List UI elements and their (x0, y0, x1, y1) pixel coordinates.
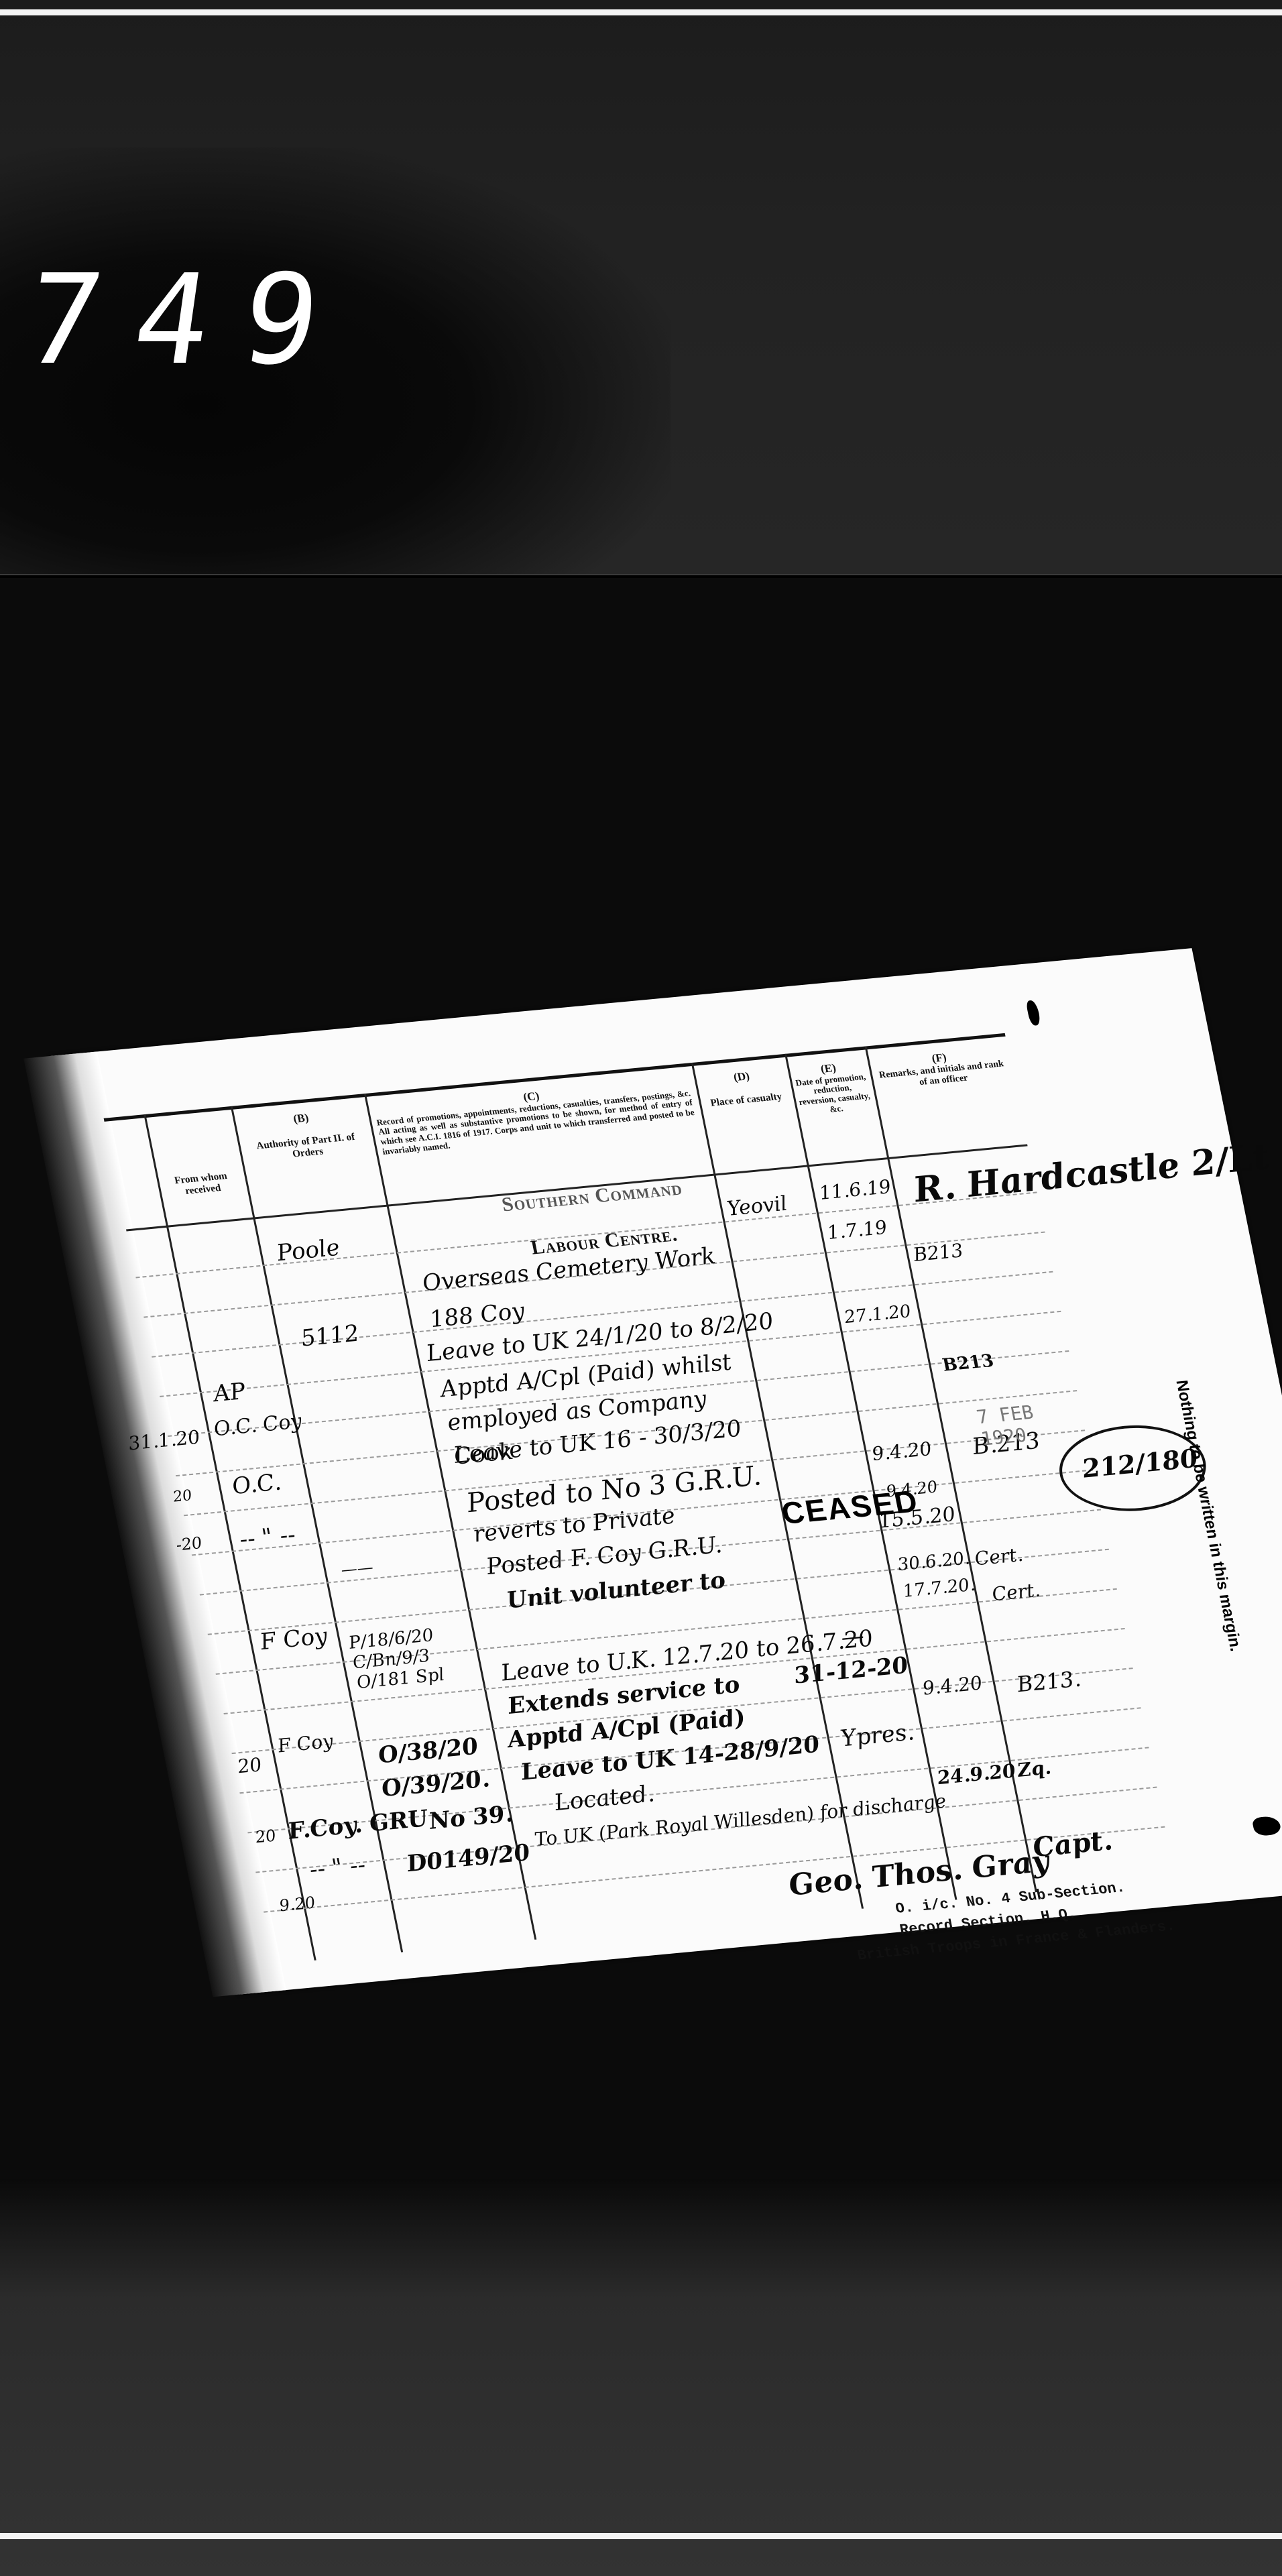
entry-record: Located. (552, 1780, 656, 1816)
entry-date: -20 (174, 1533, 204, 1554)
entry-authority: O/39/20. (379, 1765, 491, 1802)
entry-event-date: 17.7.20. (901, 1575, 977, 1602)
entry-from: -- " -- (307, 1851, 368, 1883)
header-authority: (B) Authority of Part II. of Orders (235, 1106, 373, 1165)
service-record-sheet: From whom received (B) Authority of Part… (50, 948, 1282, 1995)
entry-event-date: 11.6.19 (817, 1175, 893, 1204)
entry-event-date: 1.7.19 (825, 1216, 889, 1244)
entry-record: 188 Coy (427, 1297, 527, 1333)
entry-from: AP (211, 1378, 248, 1407)
entry-from: O.C. Coy (212, 1409, 304, 1441)
header-place: (D) Place of casualty (696, 1066, 791, 1110)
film-bottom-band (0, 2179, 1282, 2576)
header-date-promotion: (E) Date of promotion, reduction, revers… (790, 1059, 875, 1118)
entry-date: 20 (172, 1487, 194, 1505)
entry-remarks: Zq. (1015, 1757, 1053, 1781)
entry-from: -- " -- (237, 1521, 298, 1553)
entry-authority: P/18/6/20 C/Bn/9/3 O/181 Spl (347, 1623, 479, 1693)
entry-remarks: Cert. (973, 1543, 1025, 1570)
entry-authority: —— (339, 1558, 375, 1579)
header-label: Date of promotion, reduction, reversion,… (795, 1071, 871, 1114)
entry-event-date: 9.4.20 (870, 1438, 933, 1465)
entry-remarks: B213 (911, 1239, 965, 1265)
entry-event-date: 30.6.20. (896, 1549, 972, 1576)
margin-instruction: Nothing to be written in this margin. (1171, 1379, 1244, 1652)
entry-date: 9.20 (278, 1893, 317, 1916)
southern-command-heading: Southern Command (500, 1177, 685, 1216)
entry-authority: Poole (274, 1234, 342, 1267)
entry-authority: 5112 (298, 1320, 361, 1352)
header-label: Authority of Part II. of Orders (255, 1132, 356, 1160)
header-letter: (B) (235, 1106, 366, 1130)
entry-remarks: B213 (941, 1351, 996, 1376)
entry-remarks: B213. (1014, 1666, 1083, 1697)
ink-blot (1025, 1000, 1041, 1026)
entry-authority: D0149/20 (404, 1839, 532, 1877)
entry-place: Ypres. (838, 1719, 916, 1753)
entry-from: F Coy (276, 1730, 335, 1757)
captain-rank: Capt. (1030, 1825, 1115, 1863)
frame-number: 749 (18, 258, 360, 382)
entry-remarks: Cert. (990, 1579, 1042, 1605)
record-table: From whom received (B) Authority of Part… (104, 1033, 1175, 1965)
date-stamp: 7 FEB 1920 (975, 1397, 1087, 1450)
officer-signature: R. Hardcastle 2/Lt (910, 1136, 1273, 1210)
entry-from: F Coy (257, 1623, 330, 1655)
header-label: From whom received (174, 1171, 228, 1197)
film-edge-top (0, 9, 1282, 15)
header-from-whom: From whom received (159, 1169, 245, 1199)
entry-from: F.Coy. GRU (286, 1805, 430, 1845)
entry-authority: No 39. (426, 1800, 515, 1834)
entry-date: 20 (235, 1753, 264, 1777)
film-edge-bottom (0, 2533, 1282, 2539)
entry-event-date: 27.1.20 (843, 1301, 913, 1328)
header-label: Place of casualty (709, 1092, 782, 1109)
header-letter: (D) (696, 1066, 786, 1088)
ink-blot (1252, 1816, 1282, 1836)
entry-event-date: 24.9.20 (935, 1760, 1018, 1790)
entry-event-date: 9.4.20 (921, 1672, 984, 1700)
header-remarks: (F) Remarks, and initials and rank of an… (871, 1045, 1011, 1092)
entry-date: 20 (253, 1826, 278, 1847)
entry-from: O.C. (230, 1469, 284, 1500)
